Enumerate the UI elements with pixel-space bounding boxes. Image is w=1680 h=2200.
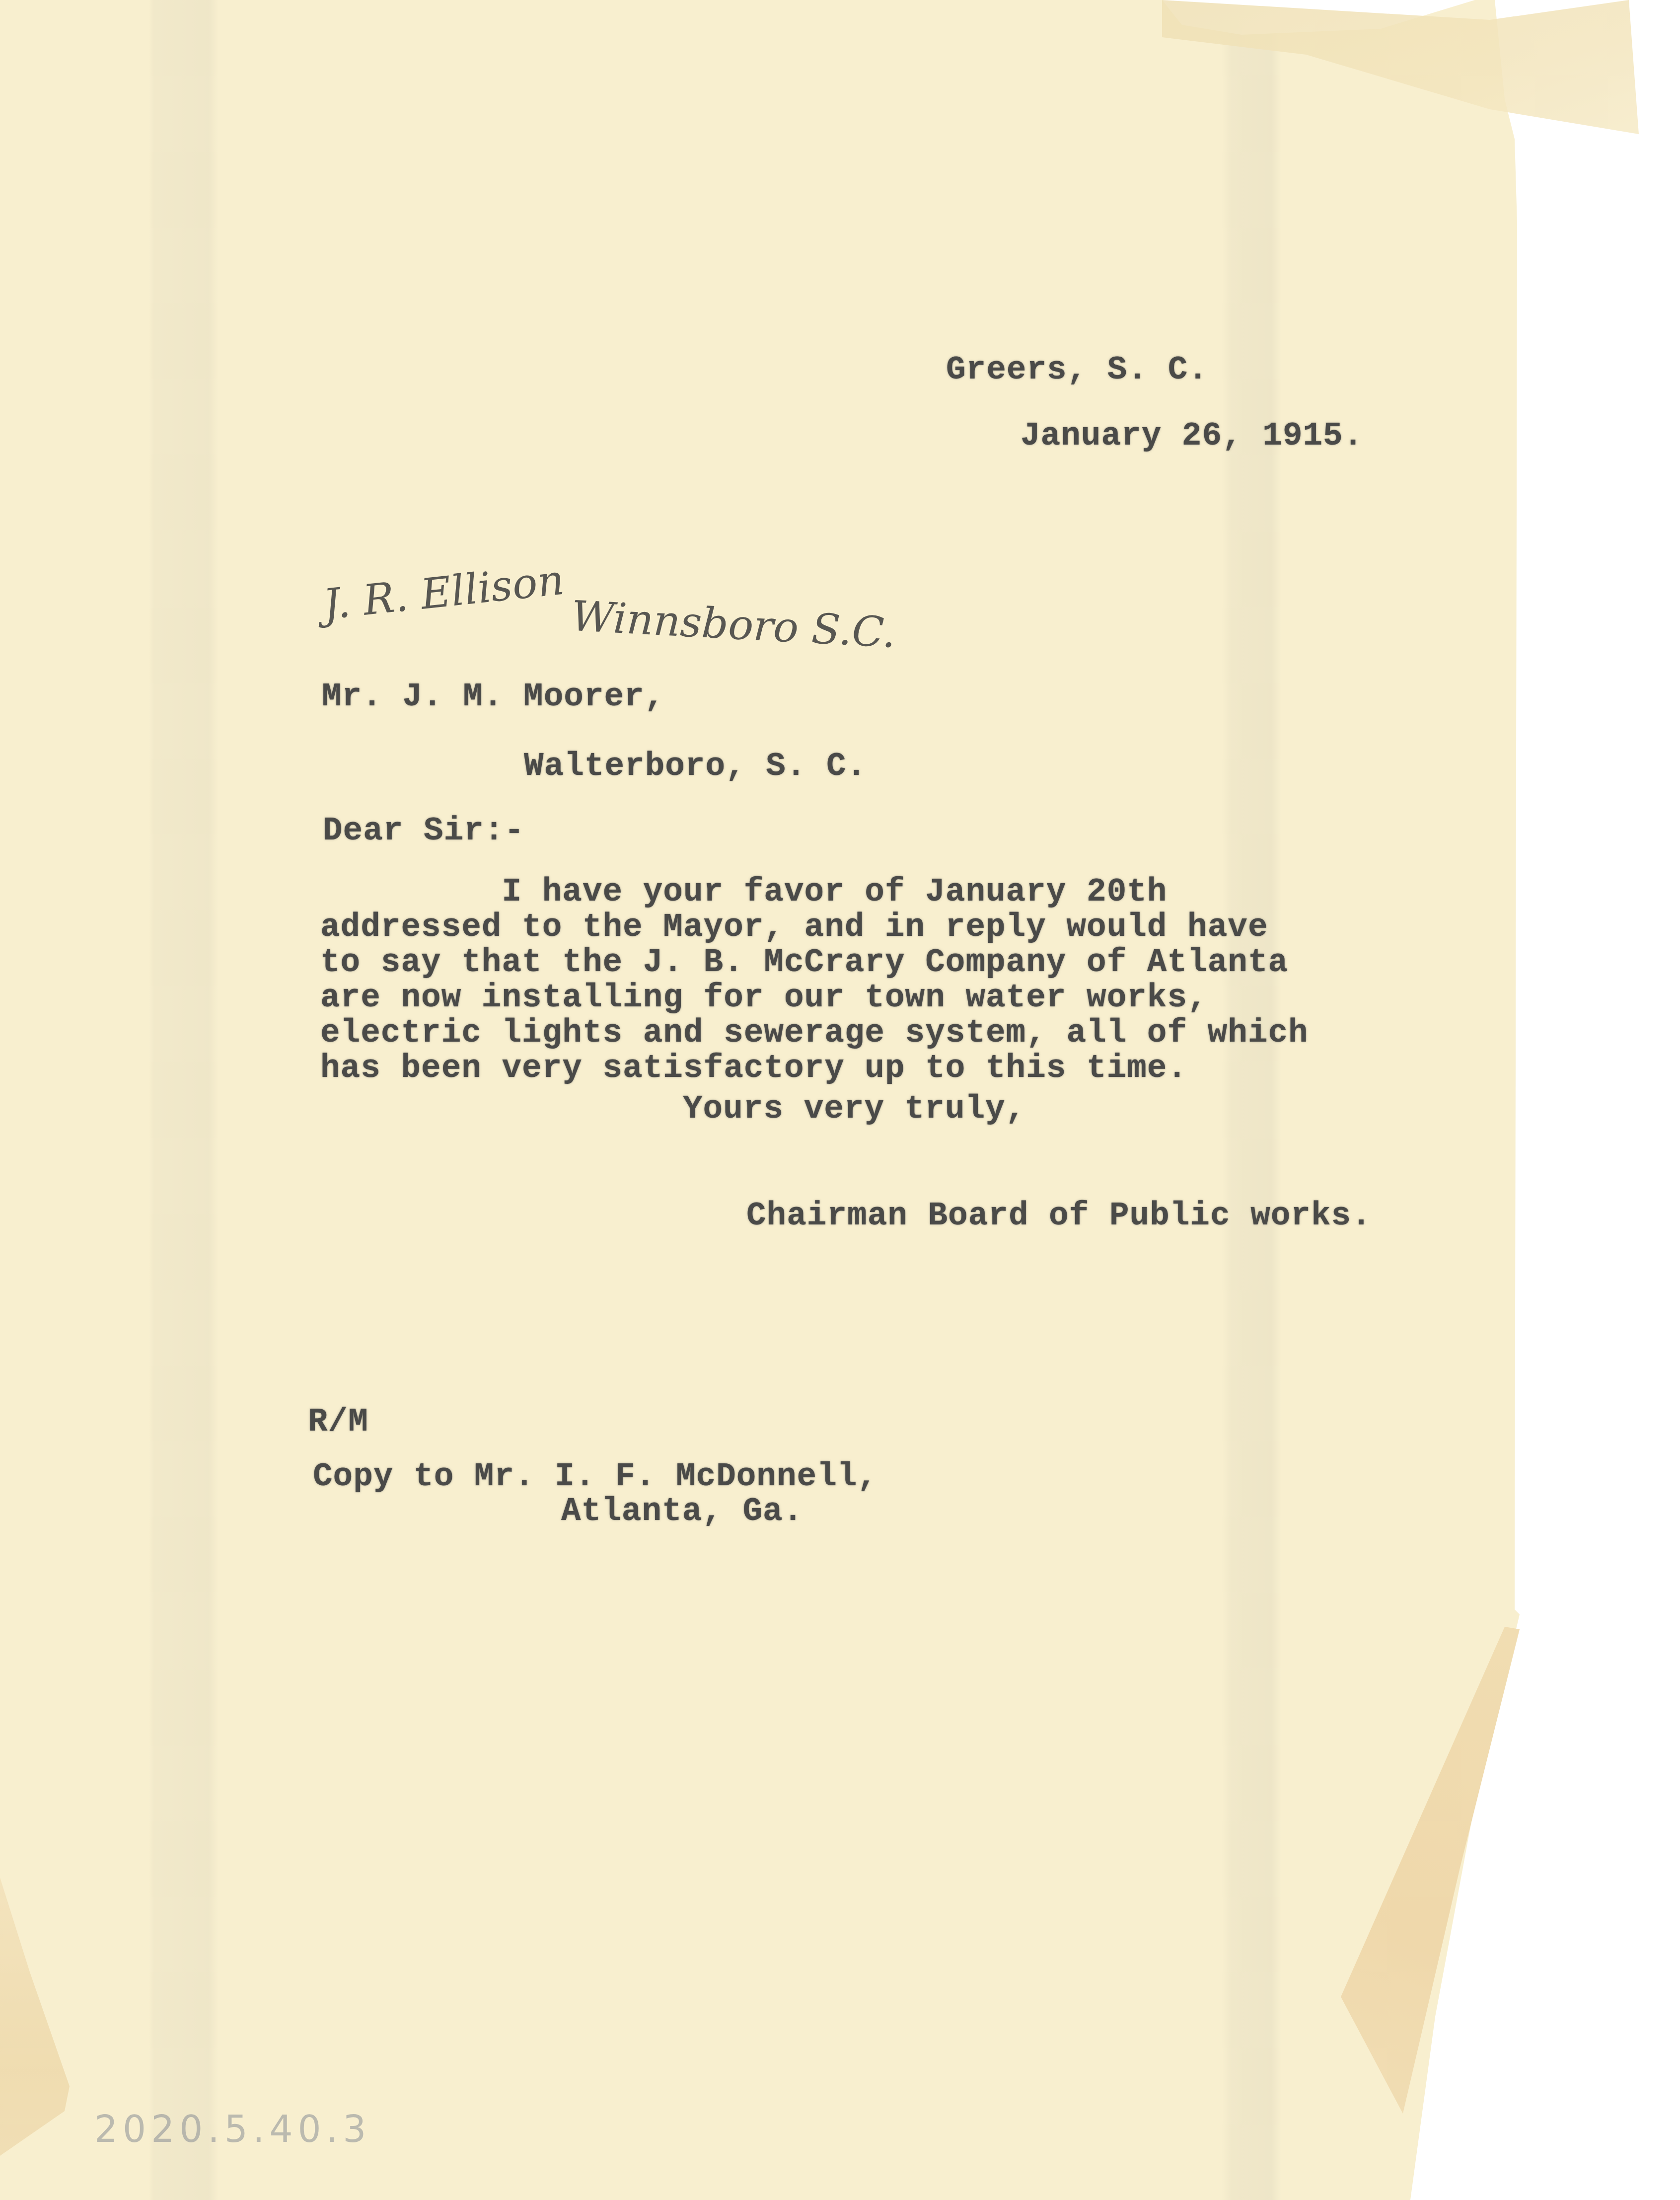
recipient-name: Mr. J. M. Moorer,	[322, 681, 664, 713]
complimentary-close: Yours very truly,	[683, 1093, 1025, 1126]
letter-body: I have your favor of January 20th addres…	[320, 874, 1413, 1086]
body-line: to say that the J. B. McCrary Company of…	[320, 945, 1413, 980]
copy-to-city: Atlanta, Ga.	[561, 1495, 803, 1528]
salutation: Dear Sir:-	[323, 815, 524, 847]
letter-place: Greers, S. C.	[946, 354, 1208, 386]
signature-title: Chairman Board of Public works.	[746, 1200, 1372, 1232]
body-line: addressed to the Mayor, and in reply wou…	[320, 910, 1413, 945]
body-line: has been very satisfactory up to this ti…	[320, 1051, 1413, 1086]
body-line: I have your favor of January 20th	[320, 874, 1413, 910]
catalog-number-bleedthrough: 2020.5.40.3	[94, 2111, 371, 2148]
recipient-city: Walterboro, S. C.	[524, 750, 867, 783]
reference-initials: R/M	[308, 1406, 368, 1439]
copy-to-line: Copy to Mr. I. F. McDonnell,	[313, 1460, 877, 1493]
letter-date: January 26, 1915.	[1021, 420, 1363, 453]
body-line: electric lights and sewerage system, all…	[320, 1015, 1413, 1051]
body-line: are now installing for our town water wo…	[320, 980, 1413, 1015]
